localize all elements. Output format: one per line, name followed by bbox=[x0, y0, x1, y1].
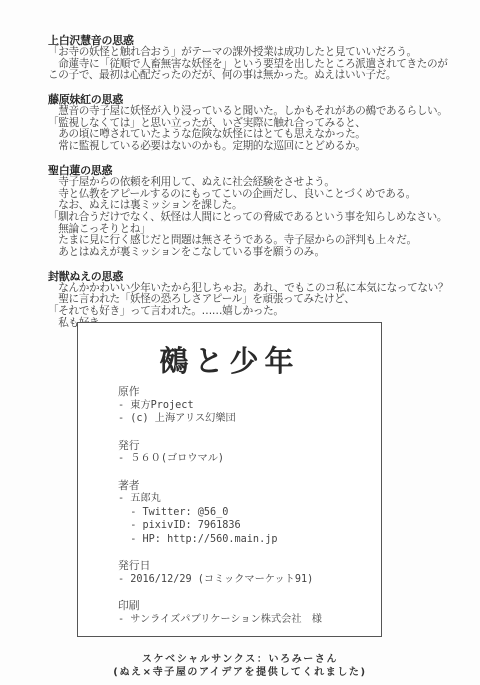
note-nue: 封獣ぬえの思惑 なんかかわいい少年いたから犯しちゃお。あれ、でもこのコ私に本気に… bbox=[48, 270, 448, 329]
section-heading: 印刷 bbox=[118, 599, 322, 613]
homepage-url: - HP: http://560.main.jp bbox=[118, 533, 322, 547]
note-mokou: 藤原妹紅の思惑 慧音の寺子屋に妖怪が入り浸っていると聞いた。しかもそれがあの鵺で… bbox=[48, 93, 448, 152]
section-original: 原作 - 東方Project - (c) 上海アリス幻樂団 bbox=[118, 385, 322, 426]
note-line: この子で、最初は心配だったのだが、何の事は無かった。ぬえはいい子だ。 bbox=[48, 70, 448, 82]
section-heading: 発行日 bbox=[118, 559, 322, 573]
section-item: - ５６０(ゴロウマル) bbox=[118, 452, 322, 466]
note-line: 「お寺の妖怪と触れ合おう」がテーマの課外授業は成功したと見ていいだろう。 bbox=[48, 47, 448, 59]
section-printer: 印刷 - サンライズパブリケーション株式会社 様 bbox=[118, 599, 322, 626]
book-title: 鵺と少年 bbox=[78, 339, 381, 380]
note-line: あとはぬえが裏ミッションをこなしている事を願うのみ。 bbox=[48, 247, 448, 259]
section-item: - サンライズパブリケーション株式会社 様 bbox=[118, 613, 322, 627]
section-heading: 発行 bbox=[118, 439, 322, 453]
section-heading: 著者 bbox=[118, 479, 322, 493]
section-author: 著者 - 五郎丸 - Twitter: @56_0 - pixivID: 796… bbox=[118, 479, 322, 547]
note-keine: 上白沢慧音の思惑 「お寺の妖怪と触れ合おう」がテーマの課外授業は成功したと見てい… bbox=[48, 34, 448, 82]
colophon-box: 鵺と少年 原作 - 東方Project - (c) 上海アリス幻樂団 発行 - … bbox=[77, 322, 382, 637]
pixiv-id: - pixivID: 7961836 bbox=[118, 519, 322, 533]
section-item: - 東方Project bbox=[118, 399, 322, 413]
note-line: たまに見に行く感じだと問題は無さそうである。寺子屋からの評判も上々だ。 bbox=[48, 235, 448, 247]
note-line: 「それでも好き」って言われた。……嬉しかった。 bbox=[48, 306, 448, 318]
section-item: - 五郎丸 bbox=[118, 492, 322, 506]
section-heading: 原作 bbox=[118, 385, 322, 399]
note-line: 寺子屋からの依頼を利用して、ぬえに社会経験をさせよう。 bbox=[48, 177, 448, 189]
section-item: - 2016/12/29 (コミックマーケット91) bbox=[118, 573, 322, 587]
thanks-line: (ぬえ×寺子屋のアイデアを提供してくれました) bbox=[0, 666, 480, 679]
thanks-line: スケベシャルサンクス：いろみーさん bbox=[0, 653, 480, 666]
note-line: 「馴れ合うだけでなく、妖怪は人間にとっての脅威であるという事を知らしめなさい。 bbox=[48, 212, 448, 224]
section-item: - (c) 上海アリス幻樂団 bbox=[118, 412, 322, 426]
section-date: 発行日 - 2016/12/29 (コミックマーケット91) bbox=[118, 559, 322, 586]
character-notes: 上白沢慧音の思惑 「お寺の妖怪と触れ合おう」がテーマの課外授業は成功したと見てい… bbox=[48, 34, 448, 341]
note-heading: 封獣ぬえの思惑 bbox=[48, 270, 448, 283]
section-publisher: 発行 - ５６０(ゴロウマル) bbox=[118, 439, 322, 466]
note-byakuren: 聖白蓮の思惑 寺子屋からの依頼を利用して、ぬえに社会経験をさせよう。 寺と仏教を… bbox=[48, 164, 448, 258]
twitter-handle: - Twitter: @56_0 bbox=[118, 506, 322, 520]
note-line: 常に監視している必要はないのかも。定期的な巡回にとどめるか。 bbox=[48, 141, 448, 153]
colophon-info: 原作 - 東方Project - (c) 上海アリス幻樂団 発行 - ５６０(ゴ… bbox=[118, 385, 322, 639]
special-thanks: スケベシャルサンクス：いろみーさん (ぬえ×寺子屋のアイデアを提供してくれました… bbox=[0, 653, 480, 679]
